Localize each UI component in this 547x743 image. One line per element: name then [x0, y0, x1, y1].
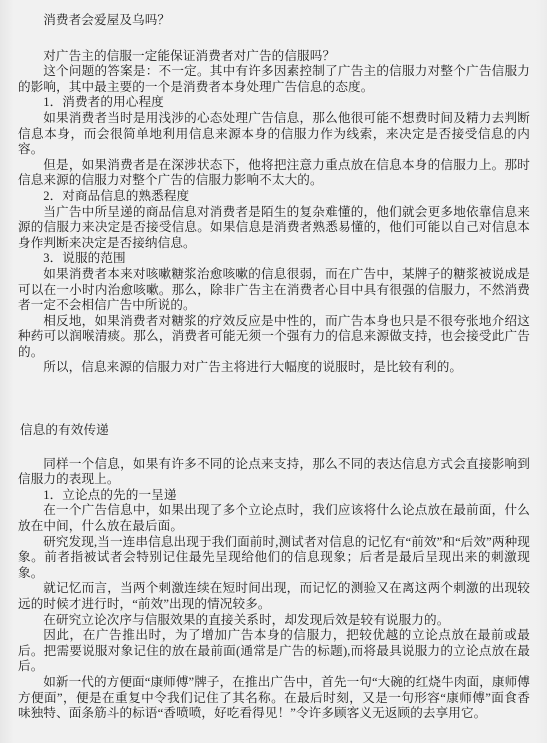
paragraph: 对广告主的信服一定能保证消费者对广告的信服吗？ — [18, 49, 530, 65]
list-item-paragraph: 2．对商品信息的熟悉程度 — [18, 189, 530, 205]
scanned-document-page: 消费者会爱屋及乌吗？ 对广告主的信服一定能保证消费者对广告的信服吗？ 这个问题的… — [0, 0, 547, 743]
paragraph: 因此，在广告推出时，为了增加广告本身的信服力，把较优越的立论点放在最前或最后。把… — [18, 628, 530, 675]
section-heading: 信息的有效传递 — [18, 423, 530, 439]
paragraph: 在一个广告信息中，如果出现了多个立论点时，我们应该将什么论点放在最前面，什么放在… — [18, 503, 530, 534]
paragraph: 相反地，如果消费者对糖浆的疗效反应是中性的，而广告本身也只是不很夸张地介绍这种药… — [18, 314, 530, 361]
paragraph: 所以，信息来源的信服力对广告主将进行大幅度的说服时，是比较有利的。 — [18, 360, 530, 376]
list-item-paragraph: 1．消费者的用心程度 — [18, 95, 530, 111]
list-item-paragraph: 3．说服的范围 — [18, 251, 530, 267]
paragraph: 但是，如果消费者是在深涉状态下，他将把注意力重点放在信息本身的信服力上。那时信息… — [18, 158, 530, 189]
paragraph: 在研究立论次序与信服效果的直接关系时，却发现后效是较有说服力的。 — [18, 613, 530, 629]
document-title: 消费者会爱屋及乌吗？ — [18, 13, 530, 29]
paragraph: 研究发现,当一连串信息出现于我们面前时,测试者对信息的记忆有“前效”和“后效”两… — [18, 535, 530, 582]
paragraph: 就记忆而言，当两个刺激连续在短时间出现，而记忆的测验又在离这两个刺激的出现较远的… — [18, 581, 530, 612]
paragraph: 这个问题的答案是：不一定。其中有许多因素控制了广告主的信服力对整个广告信服力的影… — [18, 64, 530, 95]
paragraph: 如果消费者当时是用浅涉的心态处理广告信息，那么他很可能不想费时间及精力去判断信息… — [18, 111, 530, 158]
paragraph: 当广告中所呈递的商品信息对消费者是陌生的复杂难懂的，他们就会更多地依靠信息来源的… — [18, 205, 530, 252]
paragraph: 如果消费者本来对咳嗽糖浆治愈咳嗽的信息很弱，而在广告中，某牌子的糖浆被说成是可以… — [18, 267, 530, 314]
list-item-paragraph: 1．立论点的先的一呈递 — [18, 488, 530, 504]
paragraph: 如新一代的方便面“康师傅”牌子，在推出广告中，首先一句“大碗的红烧牛肉面，康师傅… — [18, 675, 530, 722]
paragraph: 同样一个信息，如果有许多不同的论点来支持，那么不同的表达信息方式会直接影响到信服… — [18, 457, 530, 488]
